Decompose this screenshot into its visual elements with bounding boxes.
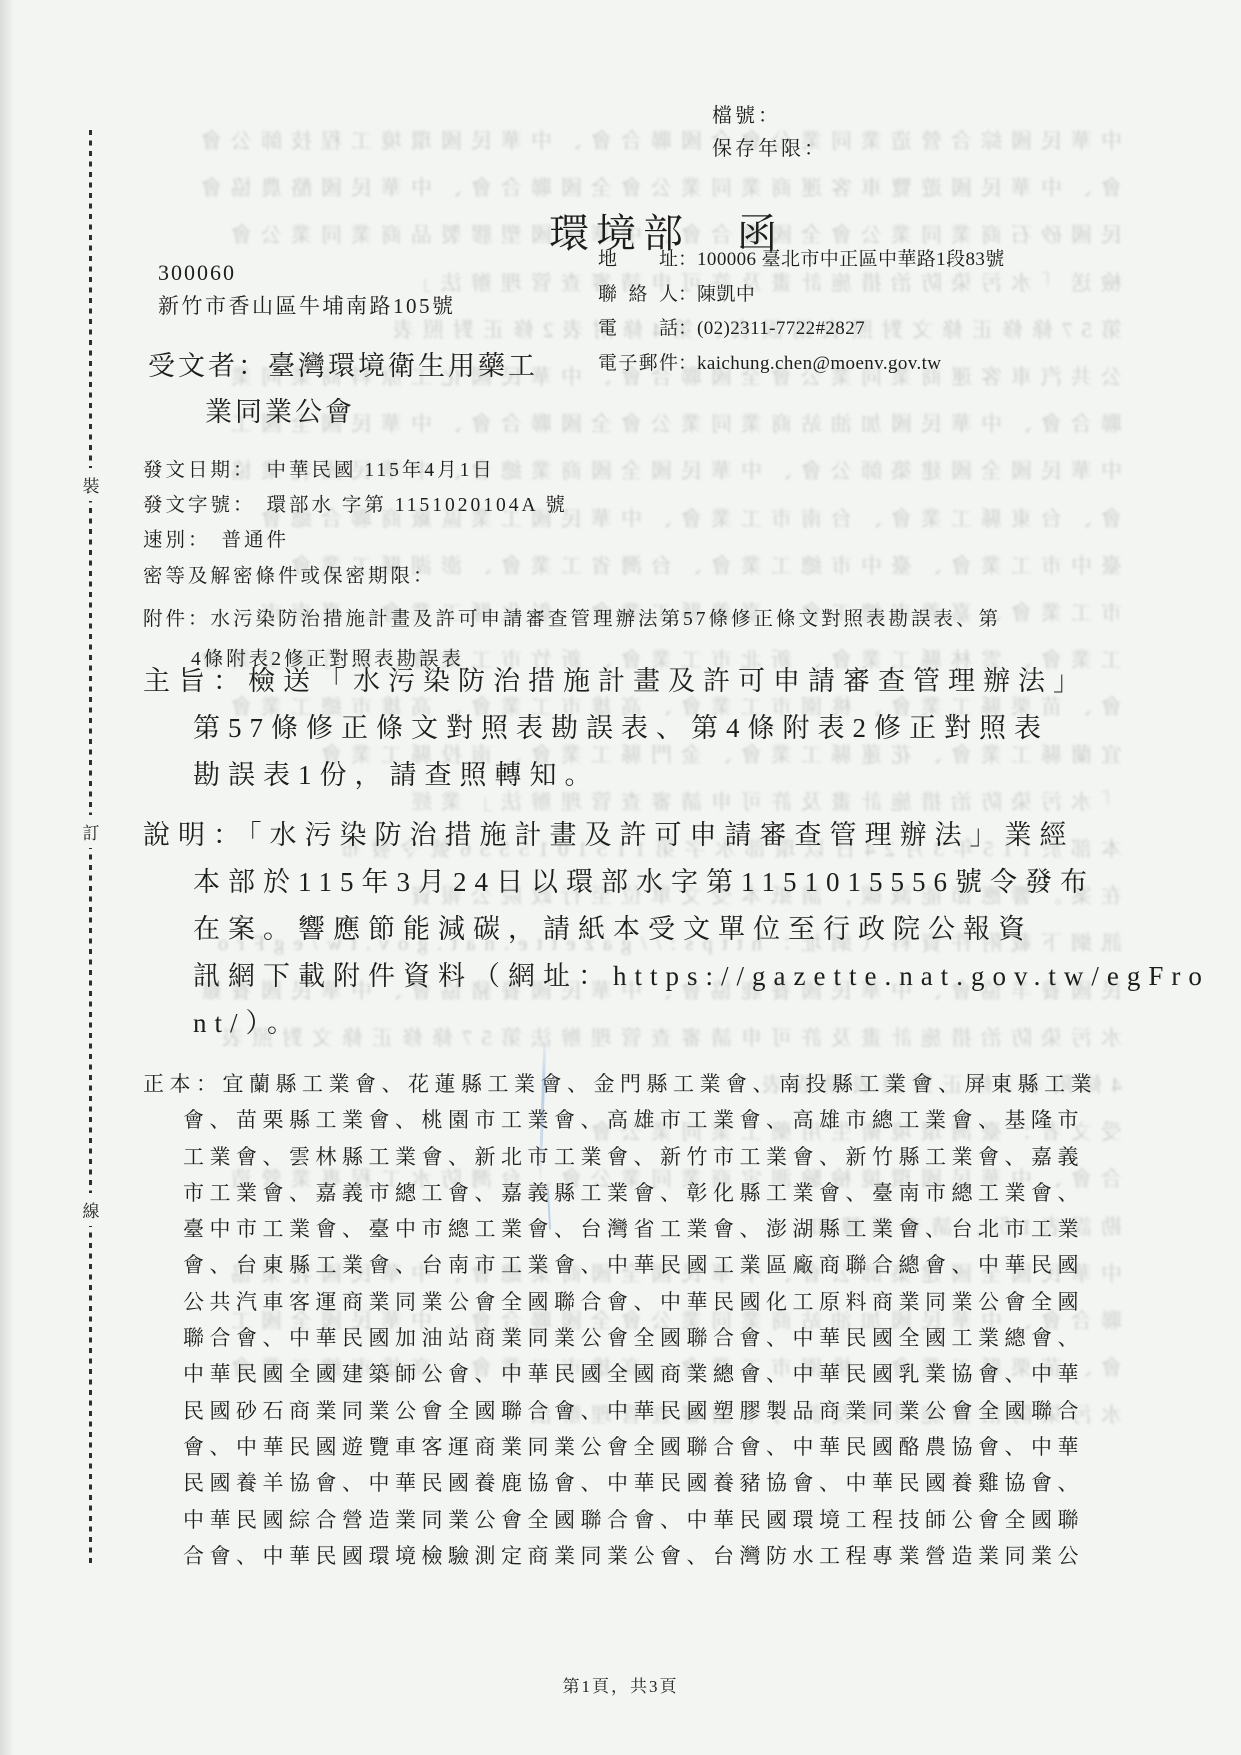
contact-person-label: 聯絡人	[598, 278, 678, 313]
recipient-label: 受文者：	[148, 351, 268, 381]
original-copy-label: 正本：	[143, 1072, 223, 1096]
subject-text: 檢送「水污染防治措施計畫及許可申請審查管理辦法」 第57條修正條文對照表勘誤表、…	[193, 666, 1088, 790]
doc-number-value: 環部水 字第 1151020104A 號	[267, 495, 568, 516]
binding-mark-ding: 訂	[80, 815, 102, 848]
recipient-block: 受文者：臺灣環境衛生用藥工 業同業公會	[148, 343, 685, 435]
contact-address-value: 100006 臺北市中正區中華路1段83號	[697, 249, 1005, 270]
colon: ：	[678, 318, 697, 339]
colon: ：	[678, 284, 697, 305]
issue-date-value: 中華民國 115年4月1日	[267, 460, 495, 481]
doc-number-label: 發文字號：	[143, 495, 256, 516]
retention-period-label: 保存年限：	[712, 133, 827, 166]
sender-postal-code: 300060	[158, 260, 236, 286]
speed-value: 普通件	[222, 530, 290, 551]
subject-paragraph: 主旨：檢送「水污染防治措施計畫及許可申請審查管理辦法」 第57條修正條文對照表勘…	[143, 658, 1223, 799]
scan-edge-shadow	[0, 0, 14, 1755]
issue-date-label: 發文日期：	[143, 460, 256, 481]
file-number-label: 檔號：	[712, 100, 827, 133]
contact-address-row: 地址：100006 臺北市中正區中華路1段83號	[598, 243, 1005, 278]
scanned-official-letter: { "document": { "file_number_label": "檔號…	[0, 0, 1241, 1755]
binding-mark-xian: 線	[80, 1193, 102, 1226]
contact-email-value: kaichung.chen@moenv.gov.tw	[697, 353, 941, 374]
binding-mark-zhuang: 裝	[80, 468, 102, 501]
contact-address-label: 地址	[598, 243, 678, 278]
document-meta-block: 發文日期：中華民國 115年4月1日 發文字號：環部水 字第 115102010…	[143, 453, 1133, 680]
attachment-label: 附件：	[143, 609, 211, 630]
speed-label: 速別：	[143, 530, 211, 551]
subject-label: 主旨：	[143, 666, 248, 696]
issue-date-row: 發文日期：中華民國 115年4月1日	[143, 453, 1133, 488]
contact-phone-label: 電話	[598, 312, 678, 347]
description-paragraph: 說明：「水污染防治措施計畫及許可申請審查管理辦法」業經 本部於115年3月24日…	[143, 812, 1223, 1047]
description-text: 「水污染防治措施計畫及許可申請審查管理辦法」業經 本部於115年3月24日以環部…	[193, 820, 1210, 1038]
security-row: 密等及解密條件或保密期限：	[143, 559, 1133, 594]
speed-row: 速別：普通件	[143, 523, 1133, 558]
binding-dashed-line	[89, 130, 92, 1568]
description-label: 說明：	[143, 820, 248, 850]
colon: ：	[678, 249, 697, 270]
sender-street-address: 新竹市香山區牛埔南路105號	[158, 290, 456, 320]
contact-phone-row: 電話：(02)2311-7722#2827	[598, 312, 1005, 347]
file-reference-block: 檔號： 保存年限：	[712, 100, 827, 166]
page-number: 第1頁，共3頁	[0, 1672, 1241, 1697]
original-copy-list: 宜蘭縣工業會、花蓮縣工業會、金門縣工業會、南投縣工業會、屏東縣工業 會、苗栗縣工…	[183, 1072, 1097, 1568]
contact-person-row: 聯絡人：陳凱中	[598, 278, 1005, 313]
security-label: 密等及解密條件或保密期限：	[143, 566, 436, 587]
original-copy-recipients: 正本：宜蘭縣工業會、花蓮縣工業會、金門縣工業會、南投縣工業會、屏東縣工業 會、苗…	[143, 1066, 1193, 1574]
doc-number-row: 發文字號：環部水 字第 1151020104A 號	[143, 488, 1133, 523]
contact-phone-value: (02)2311-7722#2827	[697, 318, 865, 339]
contact-person-value: 陳凱中	[697, 284, 755, 305]
